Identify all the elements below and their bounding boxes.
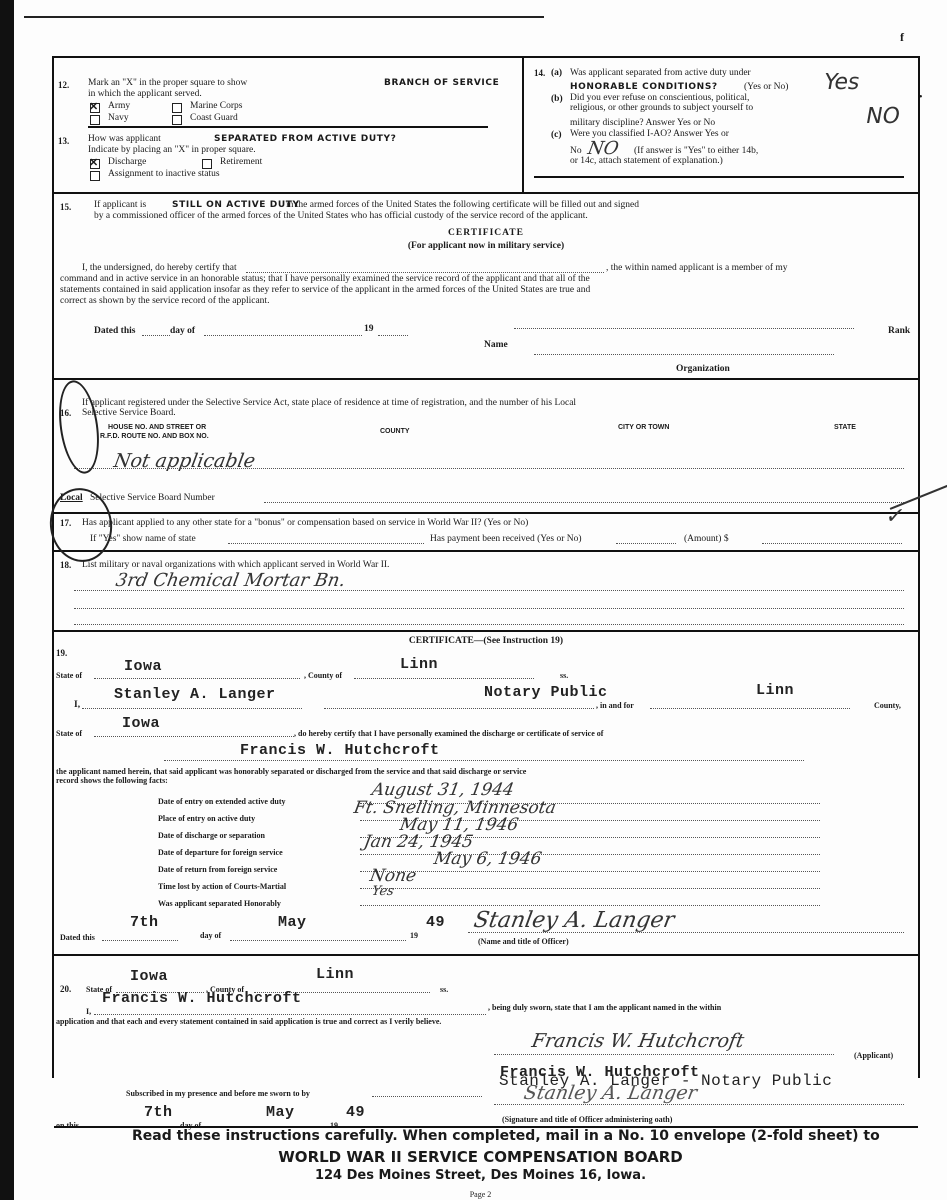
dated-day-19[interactable]: 7th [130, 914, 159, 931]
day-line [102, 940, 178, 941]
divider-14 [534, 176, 904, 178]
notary-name-line [82, 708, 302, 709]
subscribed-line [372, 1096, 482, 1097]
fact-time-lost[interactable]: None [368, 866, 418, 886]
state-of-20[interactable]: Iowa [130, 968, 168, 985]
officer-signature-line [494, 1104, 904, 1105]
fact-line [360, 854, 820, 855]
answer-14b[interactable]: NO [864, 104, 902, 129]
fact-entry-date[interactable]: August 31, 1944 [370, 780, 515, 800]
certificate-title: CERTIFICATE [54, 228, 918, 239]
month-line [230, 940, 406, 941]
certify-applicant-field[interactable] [246, 272, 604, 273]
name-field[interactable] [534, 354, 834, 355]
in-and-for-line [650, 708, 850, 709]
divider-15-16 [54, 378, 918, 380]
applicant-name-20-line [94, 1014, 486, 1015]
fact-line [360, 888, 820, 889]
applicant-name-19[interactable]: Francis W. Hutchcroft [240, 742, 440, 759]
organization-line-3[interactable] [74, 624, 904, 625]
divider-16-17 [54, 512, 918, 514]
notary-typed-title: Stanley A. Langer - Notary Public [499, 1072, 832, 1090]
divider-19-20 [54, 954, 918, 956]
payment-field[interactable] [616, 543, 676, 544]
applicant-name-line [164, 760, 804, 761]
scan-edge [0, 0, 14, 1200]
document-page: f • 12. Mark an "X" in the proper square… [14, 0, 947, 1200]
dated-month-19[interactable]: May [278, 914, 307, 931]
officer-signature-19[interactable]: Stanley A. Langer [472, 908, 676, 933]
amount-field[interactable] [762, 543, 902, 544]
corner-mark: f [900, 30, 904, 45]
rank-field[interactable] [514, 328, 854, 329]
dated-year-19[interactable]: 49 [426, 914, 445, 931]
checkbox-inactive-status[interactable] [90, 171, 100, 181]
footer-instruction: Read these instructions carefully. When … [132, 1128, 880, 1144]
state-of-2-line [94, 736, 294, 737]
county-of-20[interactable]: Linn [316, 966, 354, 983]
residence-field[interactable] [74, 468, 904, 469]
signature-line-19 [468, 932, 904, 933]
page-number: Page 2 [14, 1189, 947, 1200]
dated-year-field[interactable] [378, 335, 408, 336]
checkbox-coast-guard[interactable] [172, 115, 182, 125]
fact-separated-honorably[interactable]: Yes [371, 884, 395, 899]
divider-17-18 [54, 550, 918, 552]
organization-line-2[interactable] [74, 608, 904, 609]
form-box: 12. Mark an "X" in the proper square to … [52, 56, 920, 1078]
on-this-day[interactable]: 7th [144, 1104, 173, 1121]
top-rule [24, 16, 544, 18]
checkbox-navy[interactable] [90, 115, 100, 125]
board-number-field[interactable] [264, 502, 904, 503]
footer-board-name: WORLD WAR II SERVICE COMPENSATION BOARD [14, 1148, 947, 1166]
fact-line [360, 905, 820, 906]
on-this-year[interactable]: 49 [346, 1104, 365, 1121]
footer-address: 124 Des Moines Street, Des Moines 16, Io… [14, 1168, 947, 1183]
county-of-line [354, 678, 534, 679]
checkbox-retirement[interactable] [202, 159, 212, 169]
divider-18-19 [54, 630, 918, 632]
state-of-2-value[interactable]: Iowa [122, 715, 160, 732]
checkbox-army[interactable] [90, 103, 100, 113]
answer-14a[interactable]: Yes [822, 70, 862, 95]
certificate-19-title: CERTIFICATE—(See Instruction 19) [54, 636, 918, 647]
notary-name-value[interactable]: Stanley A. Langer [114, 686, 276, 703]
other-state-field[interactable] [228, 543, 424, 544]
applicant-signature[interactable]: Francis W. Hutchcroft [530, 1030, 746, 1052]
notary-title-line [324, 708, 594, 709]
divider-13-15 [54, 192, 918, 194]
organization-answer[interactable]: 3rd Chemical Mortar Bn. [114, 570, 347, 591]
state-of-value[interactable]: Iowa [124, 658, 162, 675]
applicant-name-20[interactable]: Francis W. Hutchcroft [102, 990, 302, 1007]
dated-month-field[interactable] [204, 335, 362, 336]
fact-line [360, 871, 820, 872]
notary-title-value[interactable]: Notary Public [484, 684, 608, 701]
state-of-line [94, 678, 300, 679]
applicant-signature-line [494, 1054, 834, 1055]
fact-return-date[interactable]: May 6, 1946 [432, 849, 543, 869]
in-and-for-value[interactable]: Linn [756, 682, 794, 699]
organization-line-1[interactable] [74, 590, 904, 591]
divider-12-13 [88, 126, 488, 128]
column-divider [522, 58, 524, 192]
on-this-month[interactable]: May [266, 1104, 295, 1121]
checkbox-marine-corps[interactable] [172, 103, 182, 113]
checkbox-discharge[interactable] [90, 159, 100, 169]
dated-day-field[interactable] [142, 335, 170, 336]
county-of-value[interactable]: Linn [400, 656, 438, 673]
answer-17-mark[interactable]: ✓ [884, 504, 907, 529]
